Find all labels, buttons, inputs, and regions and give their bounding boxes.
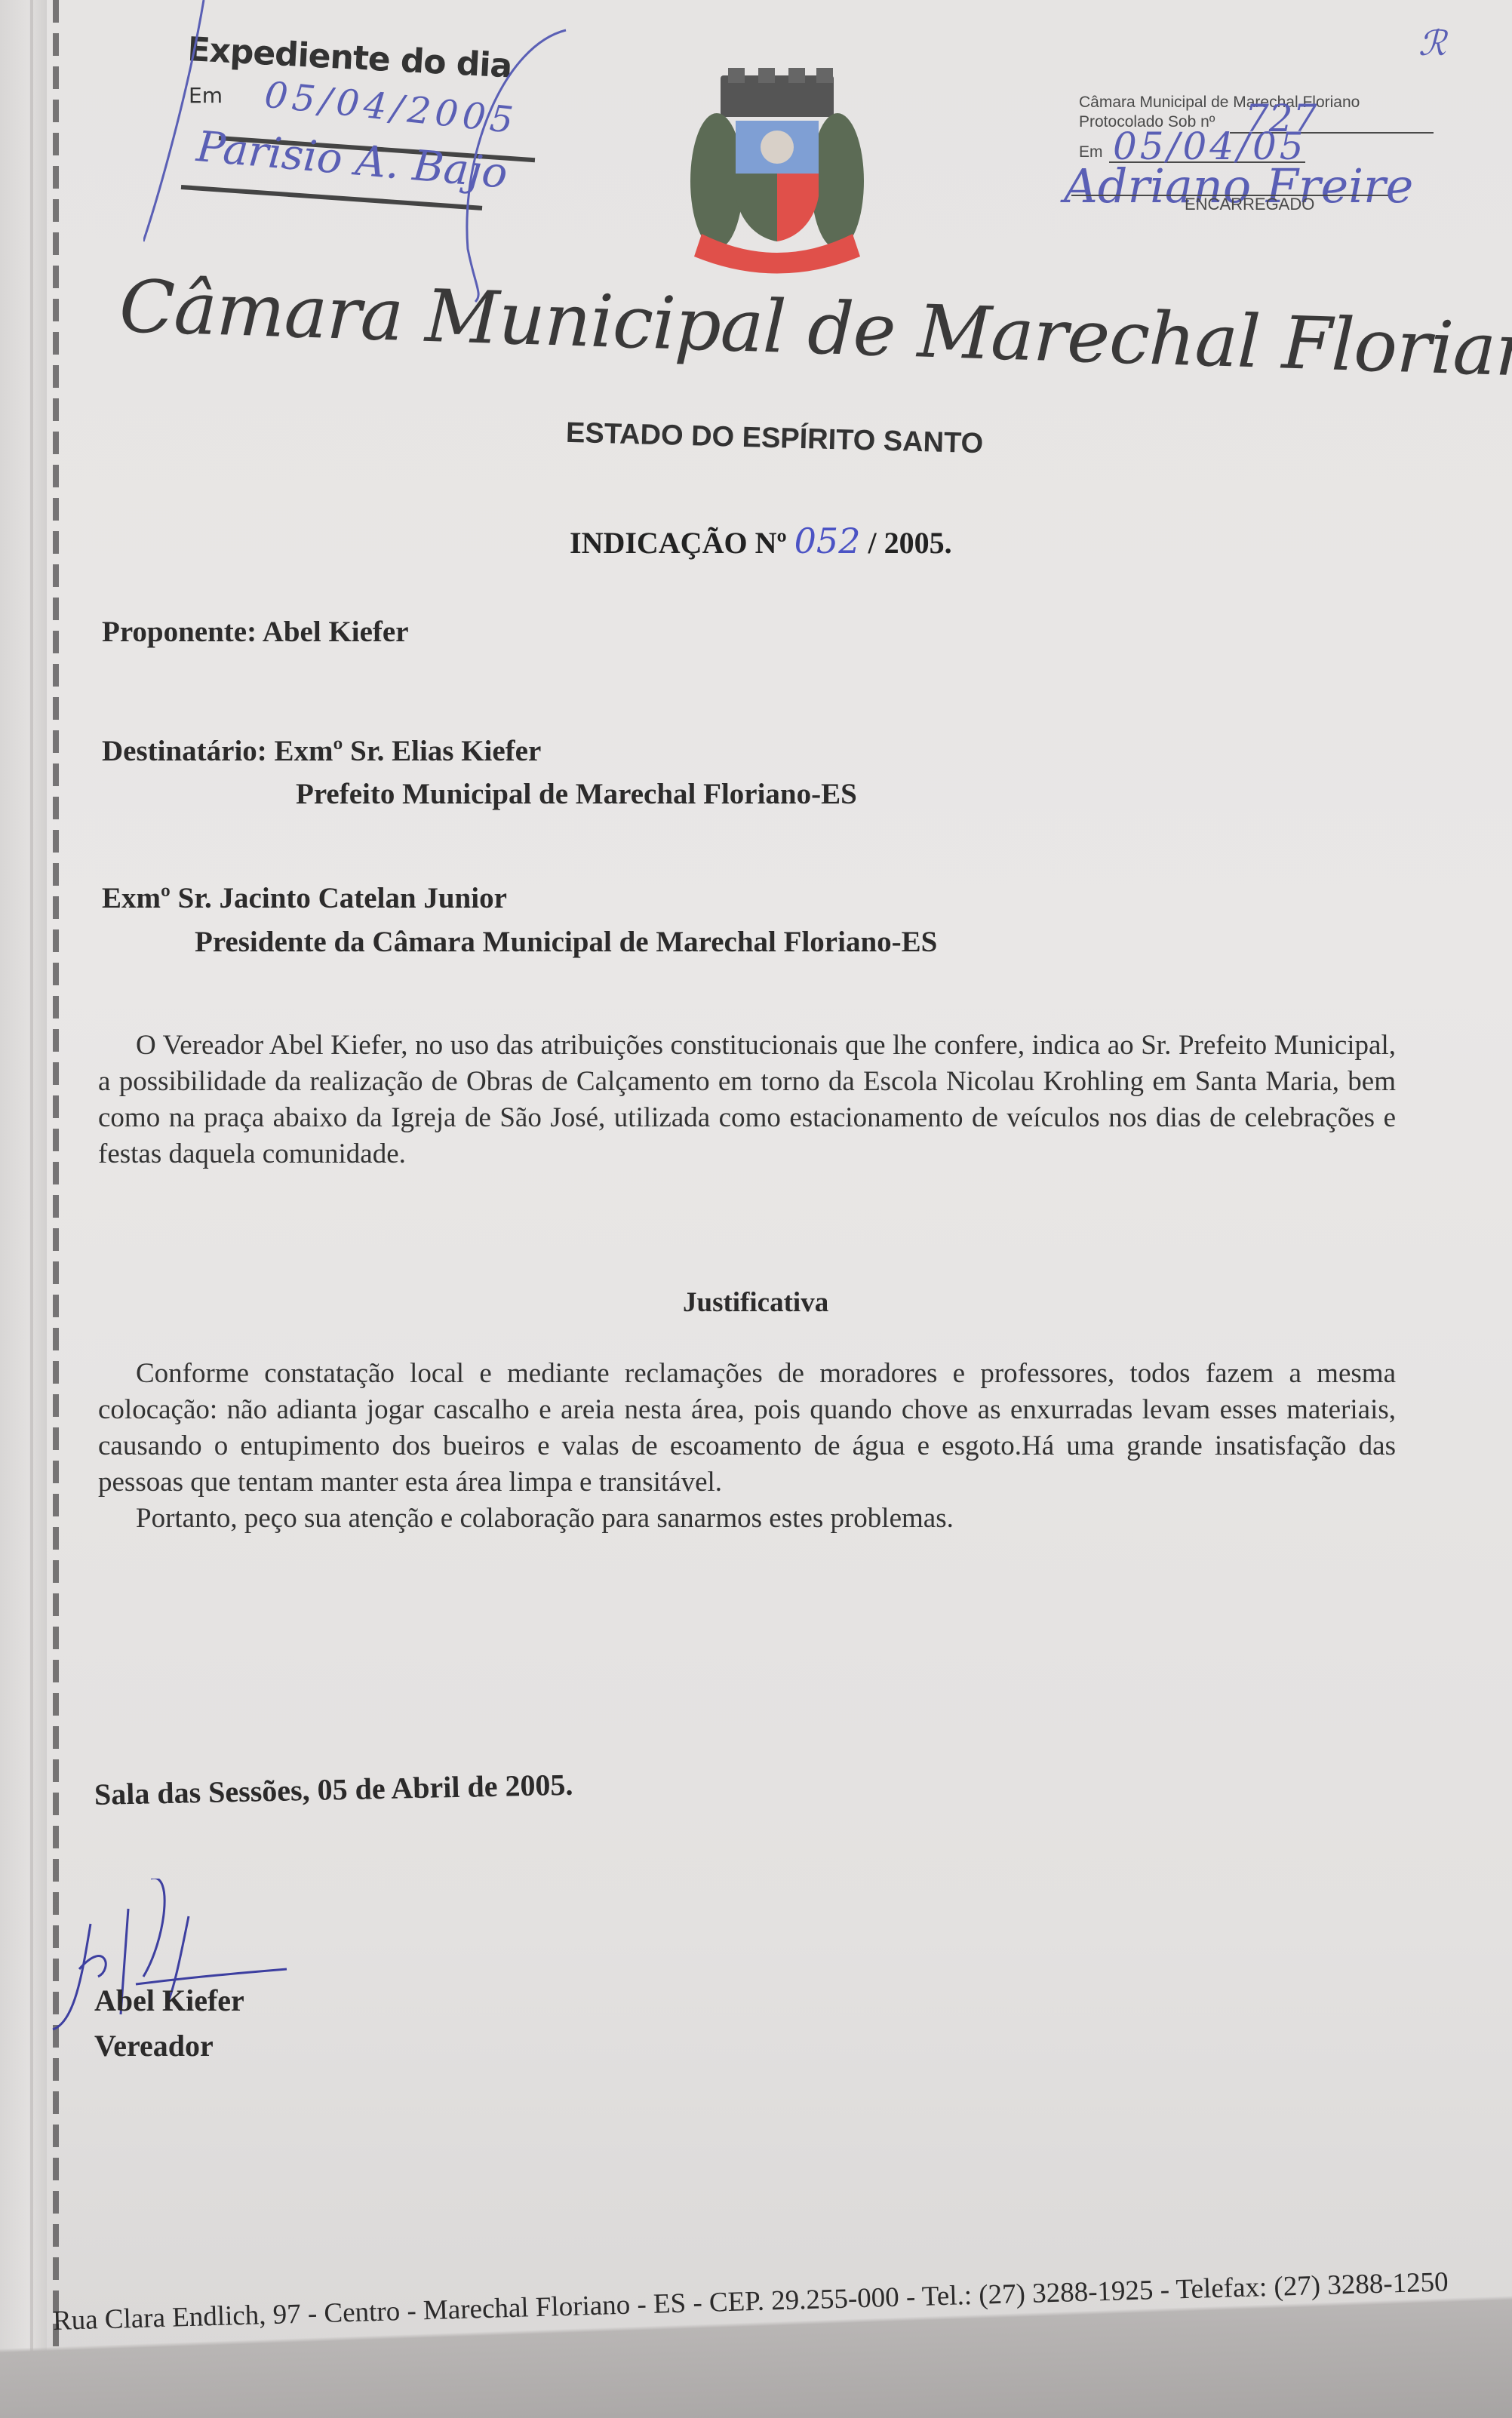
indicacao-body: O Vereador Abel Kiefer, no uso das atrib… xyxy=(98,1028,1396,1172)
binding-perforation xyxy=(53,0,59,2418)
coat-of-arms-icon xyxy=(687,68,868,287)
encarregado-label: ENCARREGADO xyxy=(1185,195,1314,214)
letterhead-subtitle: ESTADO DO ESPÍRITO SANTO xyxy=(566,417,984,460)
body-paragraph: O Vereador Abel Kiefer, no uso das atrib… xyxy=(98,1028,1396,1172)
proponente-label: Proponente: xyxy=(102,616,257,648)
signature-scribble-icon xyxy=(45,1879,302,2052)
indicacao-year: / 2005. xyxy=(868,526,951,560)
destinatario-name: Exmº Sr. Elias Kiefer xyxy=(275,735,542,767)
page-bottom-shadow xyxy=(0,2267,1512,2418)
indicacao-label: INDICAÇÃO Nº xyxy=(570,526,787,560)
proponente-value: Abel Kiefer xyxy=(263,616,409,648)
signer-role: Vereador xyxy=(94,2028,214,2063)
justificativa-title: Justificativa xyxy=(683,1286,828,1319)
destinatario-field: Destinatário: Exmº Sr. Elias Kiefer xyxy=(102,734,541,768)
justificativa-paragraph-2: Portanto, peço sua atenção e colaboração… xyxy=(98,1501,1396,1537)
copia-title: Presidente da Câmara Municipal de Marech… xyxy=(195,925,937,959)
protocol-stamp-org: Câmara Municipal de Marechal Floriano xyxy=(1079,94,1360,112)
proponente-field: Proponente: Abel Kiefer xyxy=(102,615,409,649)
place-date: Sala das Sessões, 05 de Abril de 2005. xyxy=(94,1767,573,1812)
destinatario-title: Prefeito Municipal de Marechal Floriano-… xyxy=(296,777,857,811)
handwritten-initials: ℛ xyxy=(1418,23,1446,63)
page-fold-line xyxy=(30,0,33,2418)
previous-page-edge xyxy=(0,0,47,2418)
justificativa-body: Conforme constatação local e mediante re… xyxy=(98,1356,1396,1537)
indicacao-number: 052 xyxy=(794,521,861,561)
indicacao-heading: INDICAÇÃO Nº 052 / 2005. xyxy=(570,521,952,561)
signer-name: Abel Kiefer xyxy=(94,1983,244,2018)
copia-name: Exmº Sr. Jacinto Catelan Junior xyxy=(102,881,507,915)
justificativa-paragraph-1: Conforme constatação local e mediante re… xyxy=(98,1356,1396,1501)
protocol-stamp: Câmara Municipal de Marechal Floriano Pr… xyxy=(1071,83,1494,226)
destinatario-label: Destinatário: xyxy=(102,735,267,767)
